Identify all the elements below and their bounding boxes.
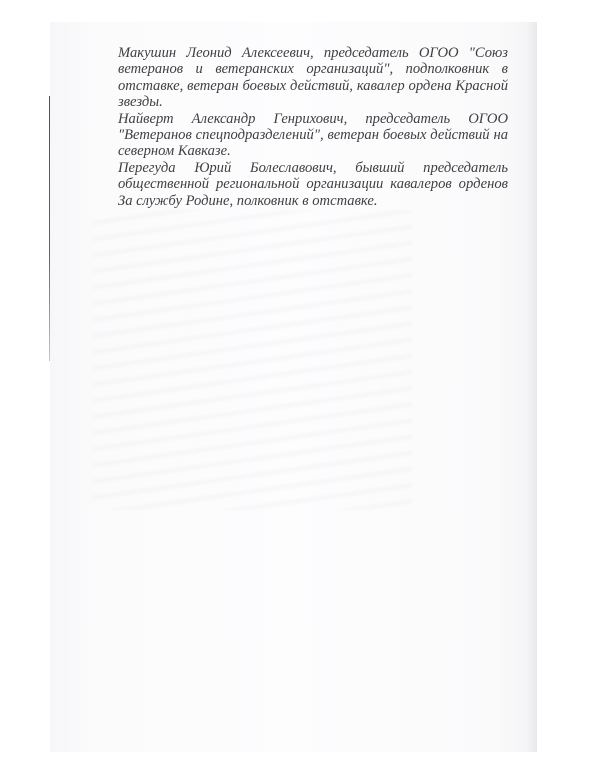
signatories-list: Макушин Леонид Алексеевич, председатель … xyxy=(118,45,508,209)
signatory-entry-makushin: Макушин Леонид Алексеевич, председатель … xyxy=(118,45,508,111)
bleed-through-texture xyxy=(92,210,412,510)
signatory-entry-pereguda: Перегуда Юрий Болеславович, бывший предс… xyxy=(118,160,508,209)
signatory-entry-naivert: Найверт Александр Генрихович, председате… xyxy=(118,111,508,160)
page-edge-shadow xyxy=(527,22,537,752)
page-fold-line xyxy=(49,96,50,361)
